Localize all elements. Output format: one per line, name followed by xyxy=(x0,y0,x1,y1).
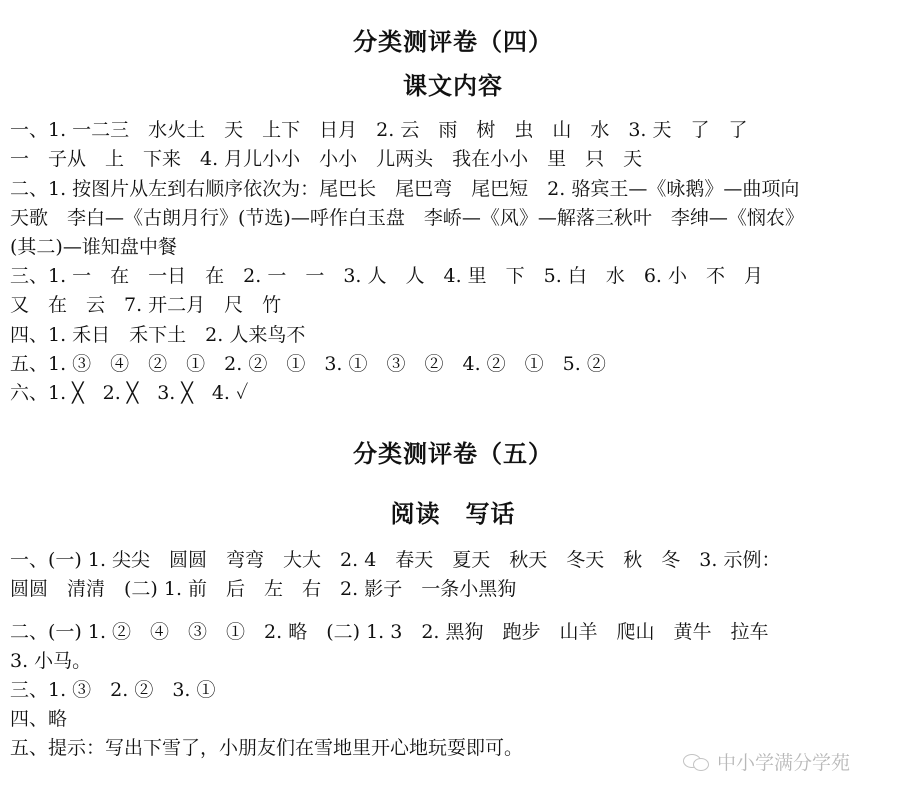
section-5-subtitle: 阅读 写话 xyxy=(0,494,906,529)
section-5-title: 分类测评卷（五） xyxy=(0,434,906,469)
answer-line: 五、1. ③ ④ ② ① 2. ② ① 3. ① ③ ② 4. ② ① 5. ② xyxy=(10,352,606,376)
answer-line: 六、1. ╳ 2. ╳ 3. ╳ 4. ✓ xyxy=(10,381,248,405)
section-4-title: 分类测评卷（四） xyxy=(0,22,906,57)
answer-line: 一、(一) 1. 尖尖 圆圆 弯弯 大大 2. 4 春天 夏天 秋天 冬天 秋 … xyxy=(10,548,780,572)
answer-line: (其二)—谁知盘中餐 xyxy=(10,235,177,259)
answer-line: 一 子从 上 下来 4. 月儿小小 小小 儿两头 我在小小 里 只 天 xyxy=(10,147,642,171)
answer-line: 3. 小马。 xyxy=(10,649,91,673)
watermark: 中小学满分学苑 xyxy=(683,748,850,775)
answer-line: 二、1. 按图片从左到右顺序依次为：尾巴长 尾巴弯 尾巴短 2. 骆宾王—《咏鹅… xyxy=(10,177,799,201)
answer-line: 四、略 xyxy=(10,707,67,731)
section-4-subtitle: 课文内容 xyxy=(0,66,906,101)
wechat-icon xyxy=(683,752,711,772)
answer-line: 四、1. 禾日 禾下土 2. 人来鸟不 xyxy=(10,323,305,347)
answer-line: 三、1. 一 在 一日 在 2. 一 一 3. 人 人 4. 里 下 5. 白 … xyxy=(10,264,763,288)
answer-line: 圆圆 清清 (二) 1. 前 后 左 右 2. 影子 一条小黑狗 xyxy=(10,577,516,601)
answer-line: 三、1. ③ 2. ② 3. ① xyxy=(10,678,216,702)
answer-line: 又 在 云 7. 开二月 尺 竹 xyxy=(10,293,281,317)
answer-line: 一、1. 一二三 水火土 天 上下 日月 2. 云 雨 树 虫 山 水 3. 天… xyxy=(10,118,748,142)
answer-line: 天歌 李白—《古朗月行》(节选)—呼作白玉盘 李峤—《风》—解落三秋叶 李绅—《… xyxy=(10,206,804,230)
answer-line: 二、(一) 1. ② ④ ③ ① 2. 略 (二) 1. 3 2. 黑狗 跑步 … xyxy=(10,620,769,644)
watermark-text: 中小学满分学苑 xyxy=(717,748,850,775)
answer-line: 五、提示：写出下雪了，小朋友们在雪地里开心地玩耍即可。 xyxy=(10,736,523,760)
